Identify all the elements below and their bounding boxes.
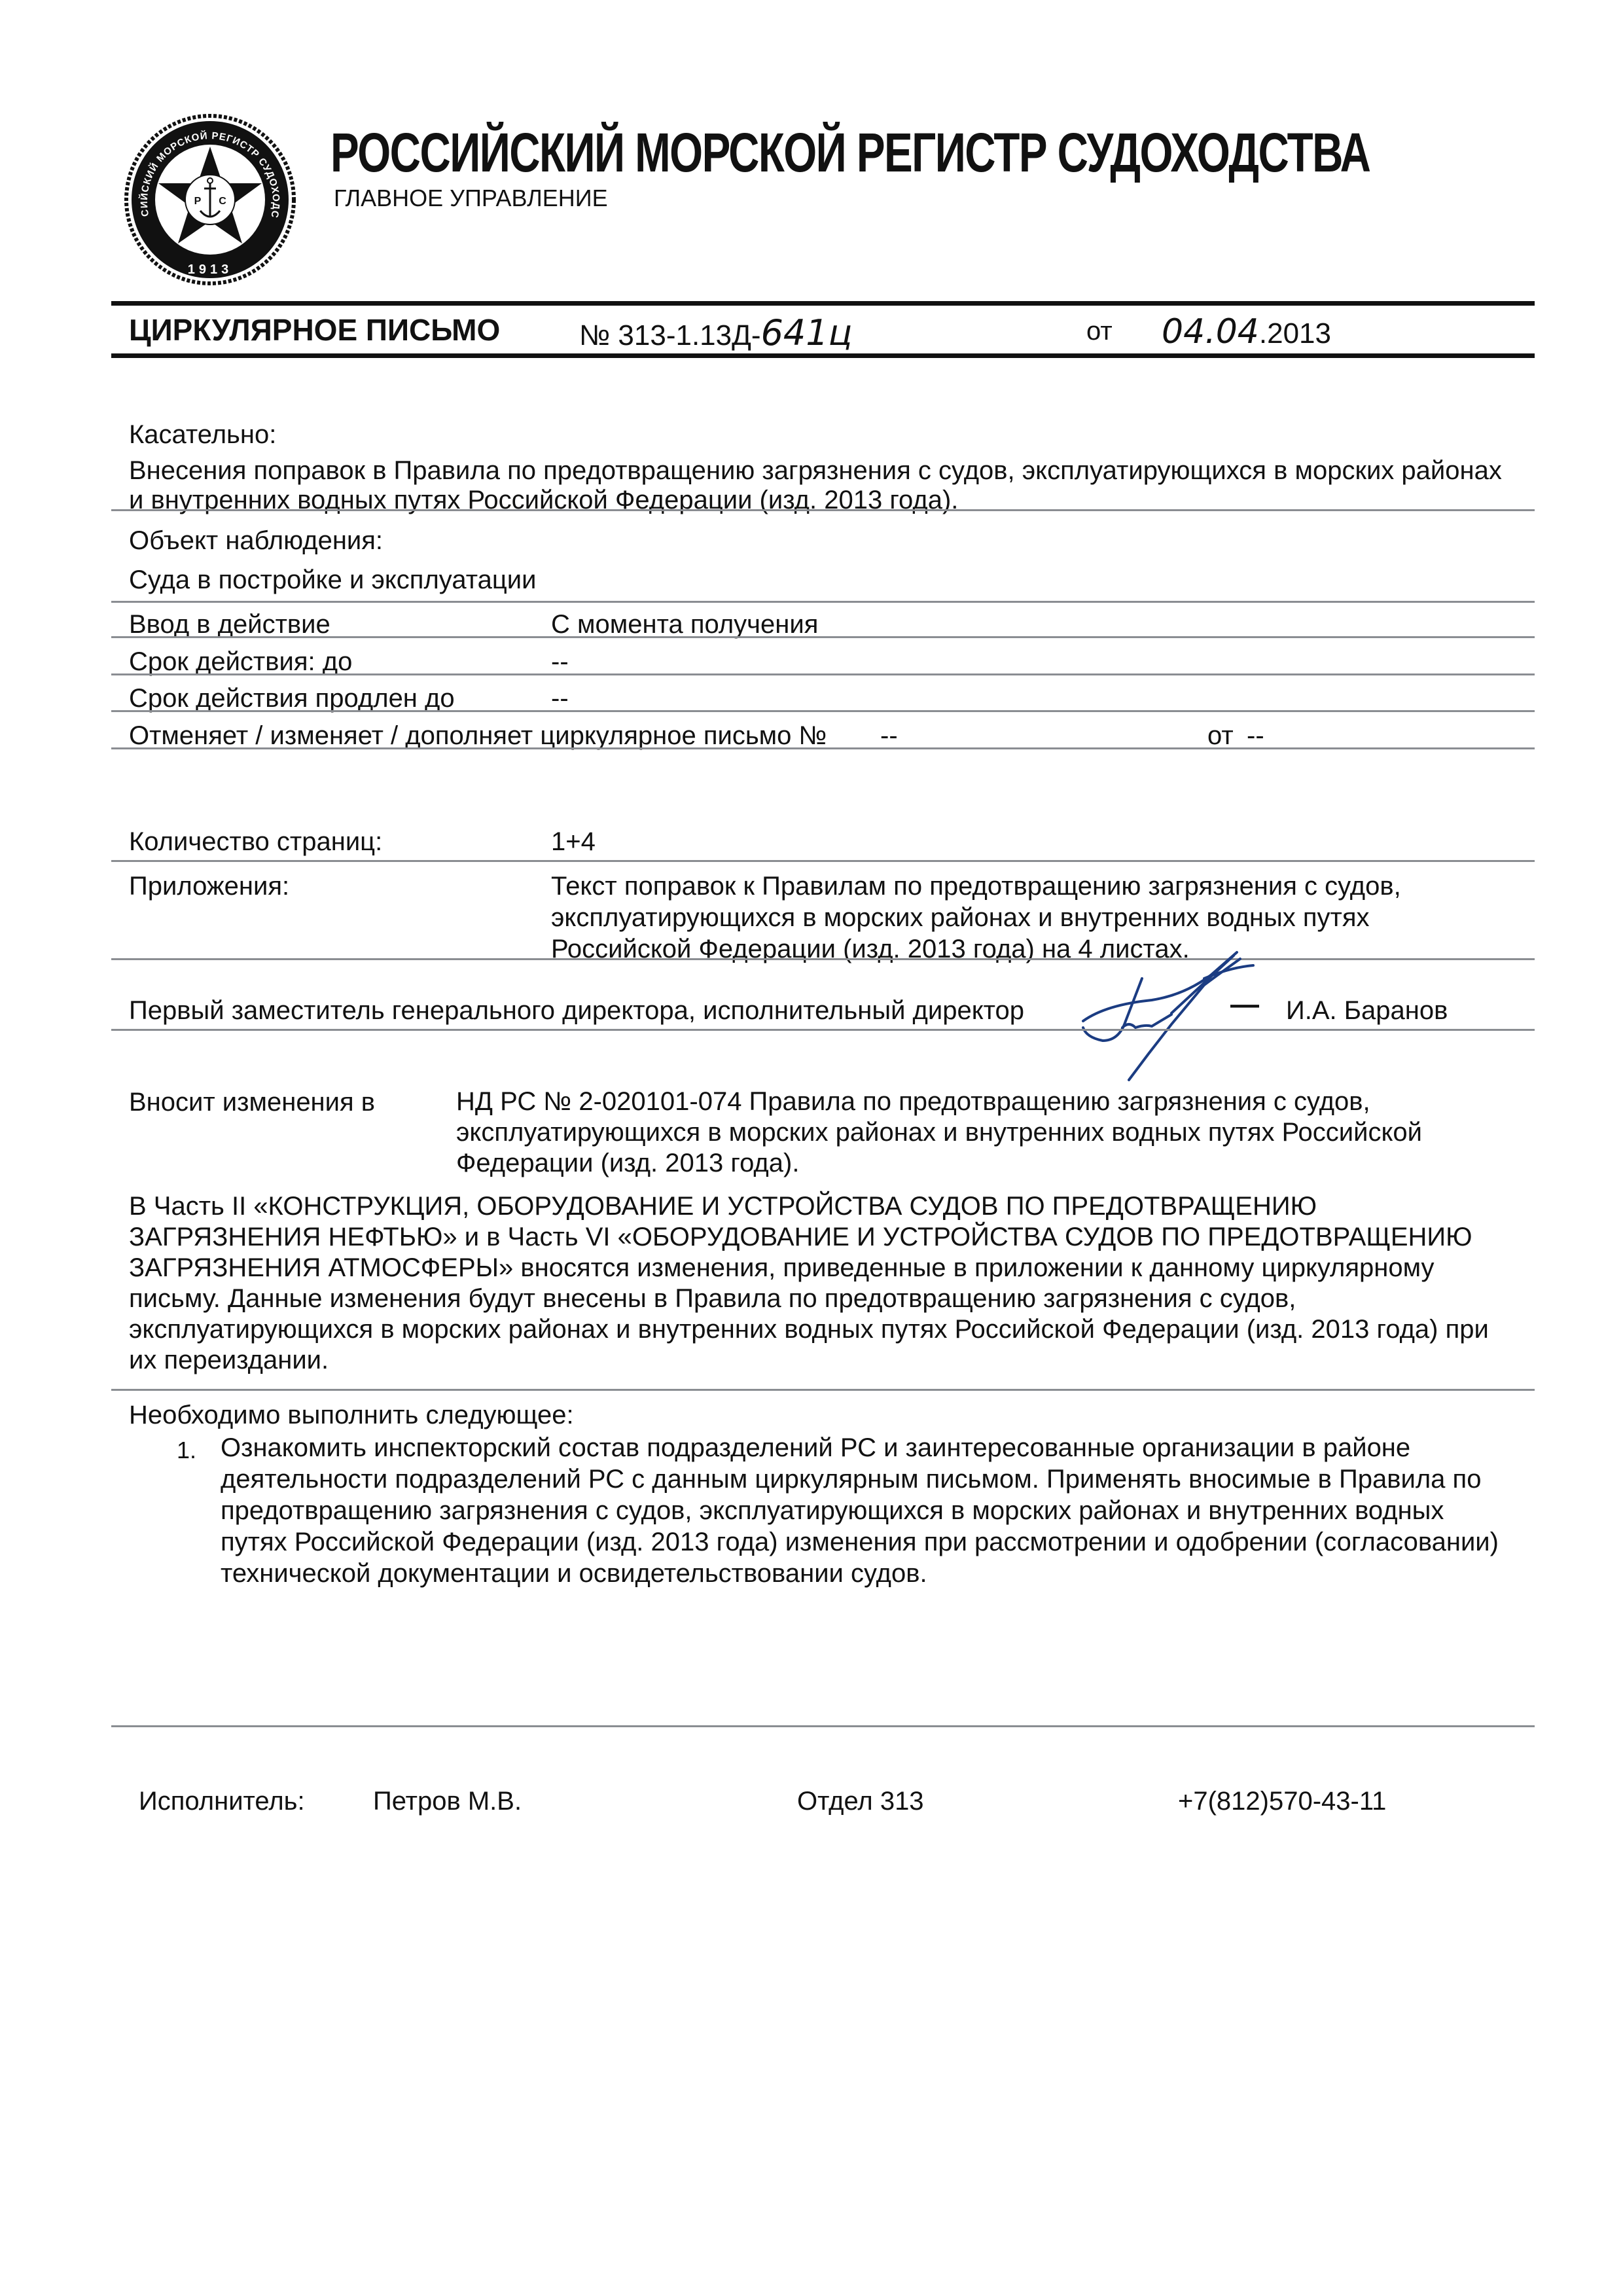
divider xyxy=(111,673,1535,675)
signatory-name: И.А. Баранов xyxy=(1286,995,1448,1026)
pages-value: 1+4 xyxy=(551,826,596,857)
validity-value: -- xyxy=(551,646,569,677)
department: Отдел 313 xyxy=(797,1785,924,1817)
divider xyxy=(111,1389,1535,1391)
action-text: Ознакомить инспекторский состав подразде… xyxy=(221,1432,1516,1589)
divider xyxy=(111,747,1535,749)
executor-label: Исполнитель: xyxy=(139,1785,305,1817)
signature-icon xyxy=(1073,949,1283,1106)
cancels-label: Отменяет / изменяет / дополняет циркуляр… xyxy=(129,720,827,751)
signatory-position: Первый заместитель генерального директор… xyxy=(129,995,1024,1026)
attachments-label: Приложения: xyxy=(129,870,289,902)
validity-value: С момента получения xyxy=(551,609,818,640)
svg-text:Р: Р xyxy=(194,196,202,207)
letter-number-handwritten: 641ц xyxy=(761,312,853,353)
organization-subtitle: ГЛАВНОЕ УПРАВЛЕНИЕ xyxy=(334,185,608,212)
amends-label: Вносит изменения в xyxy=(129,1086,375,1118)
letter-number-prefix: № 313-1.13Д- xyxy=(579,319,761,351)
actions-label: Необходимо выполнить следующее: xyxy=(129,1399,574,1431)
action-number: 1. xyxy=(177,1435,196,1466)
letter-number: № 313-1.13Д-641ц xyxy=(579,312,852,353)
cancels-value: -- xyxy=(880,720,898,751)
divider xyxy=(111,1029,1535,1031)
divider xyxy=(111,509,1535,511)
phone: +7(812)570-43-11 xyxy=(1178,1785,1386,1817)
validity-label: Срок действия: до xyxy=(129,646,352,677)
signatory-dash: — xyxy=(1230,988,1259,1021)
validity-label: Ввод в действие xyxy=(129,609,330,640)
divider xyxy=(111,710,1535,712)
concerning-text: Внесения поправок в Правила по предотвра… xyxy=(129,456,1503,515)
svg-text:С: С xyxy=(219,196,226,207)
attachments-text: Текст поправок к Правилам по предотвраще… xyxy=(551,870,1487,965)
footer-divider xyxy=(111,1725,1535,1727)
pages-label: Количество страниц: xyxy=(129,826,382,857)
divider xyxy=(111,860,1535,862)
divider xyxy=(111,601,1535,603)
header-bottom-rule xyxy=(111,353,1535,358)
divider xyxy=(111,958,1535,960)
divider xyxy=(111,636,1535,638)
amends-text: НД РС № 2-020101-074 Правила по предотвр… xyxy=(456,1086,1490,1179)
header-top-rule xyxy=(111,301,1535,306)
concerning-label: Касательно: xyxy=(129,419,276,450)
svg-text:1913: 1913 xyxy=(188,262,233,277)
letter-type-label: ЦИРКУЛЯРНОЕ ПИСЬМО xyxy=(129,312,500,348)
letter-date: 04.04.2013 xyxy=(1162,312,1331,351)
cancels-from-value: -- xyxy=(1247,720,1264,751)
validity-label: Срок действия продлен до xyxy=(129,683,455,714)
letter-from-label: от xyxy=(1086,317,1113,346)
letter-date-year: .2013 xyxy=(1259,317,1331,350)
object-text: Суда в постройке и эксплуатации xyxy=(129,564,536,596)
rs-emblem-icon: 1913 Р С РОССИЙСКИЙ МОРСКОЙ РЕГИСТР СУДО… xyxy=(123,113,297,287)
letter-date-handwritten: 04.04 xyxy=(1162,312,1259,351)
cancels-from-label: от xyxy=(1207,720,1234,751)
organization-title: РОССИЙСКИЙ МОРСКОЙ РЕГИСТР СУДОХОДСТВА xyxy=(330,121,1370,185)
object-label: Объект наблюдения: xyxy=(129,525,383,556)
validity-value: -- xyxy=(551,683,569,714)
executor-name: Петров М.В. xyxy=(373,1785,522,1817)
body-paragraph: В Часть II «КОНСТРУКЦИЯ, ОБОРУДОВАНИЕ И … xyxy=(129,1191,1493,1376)
